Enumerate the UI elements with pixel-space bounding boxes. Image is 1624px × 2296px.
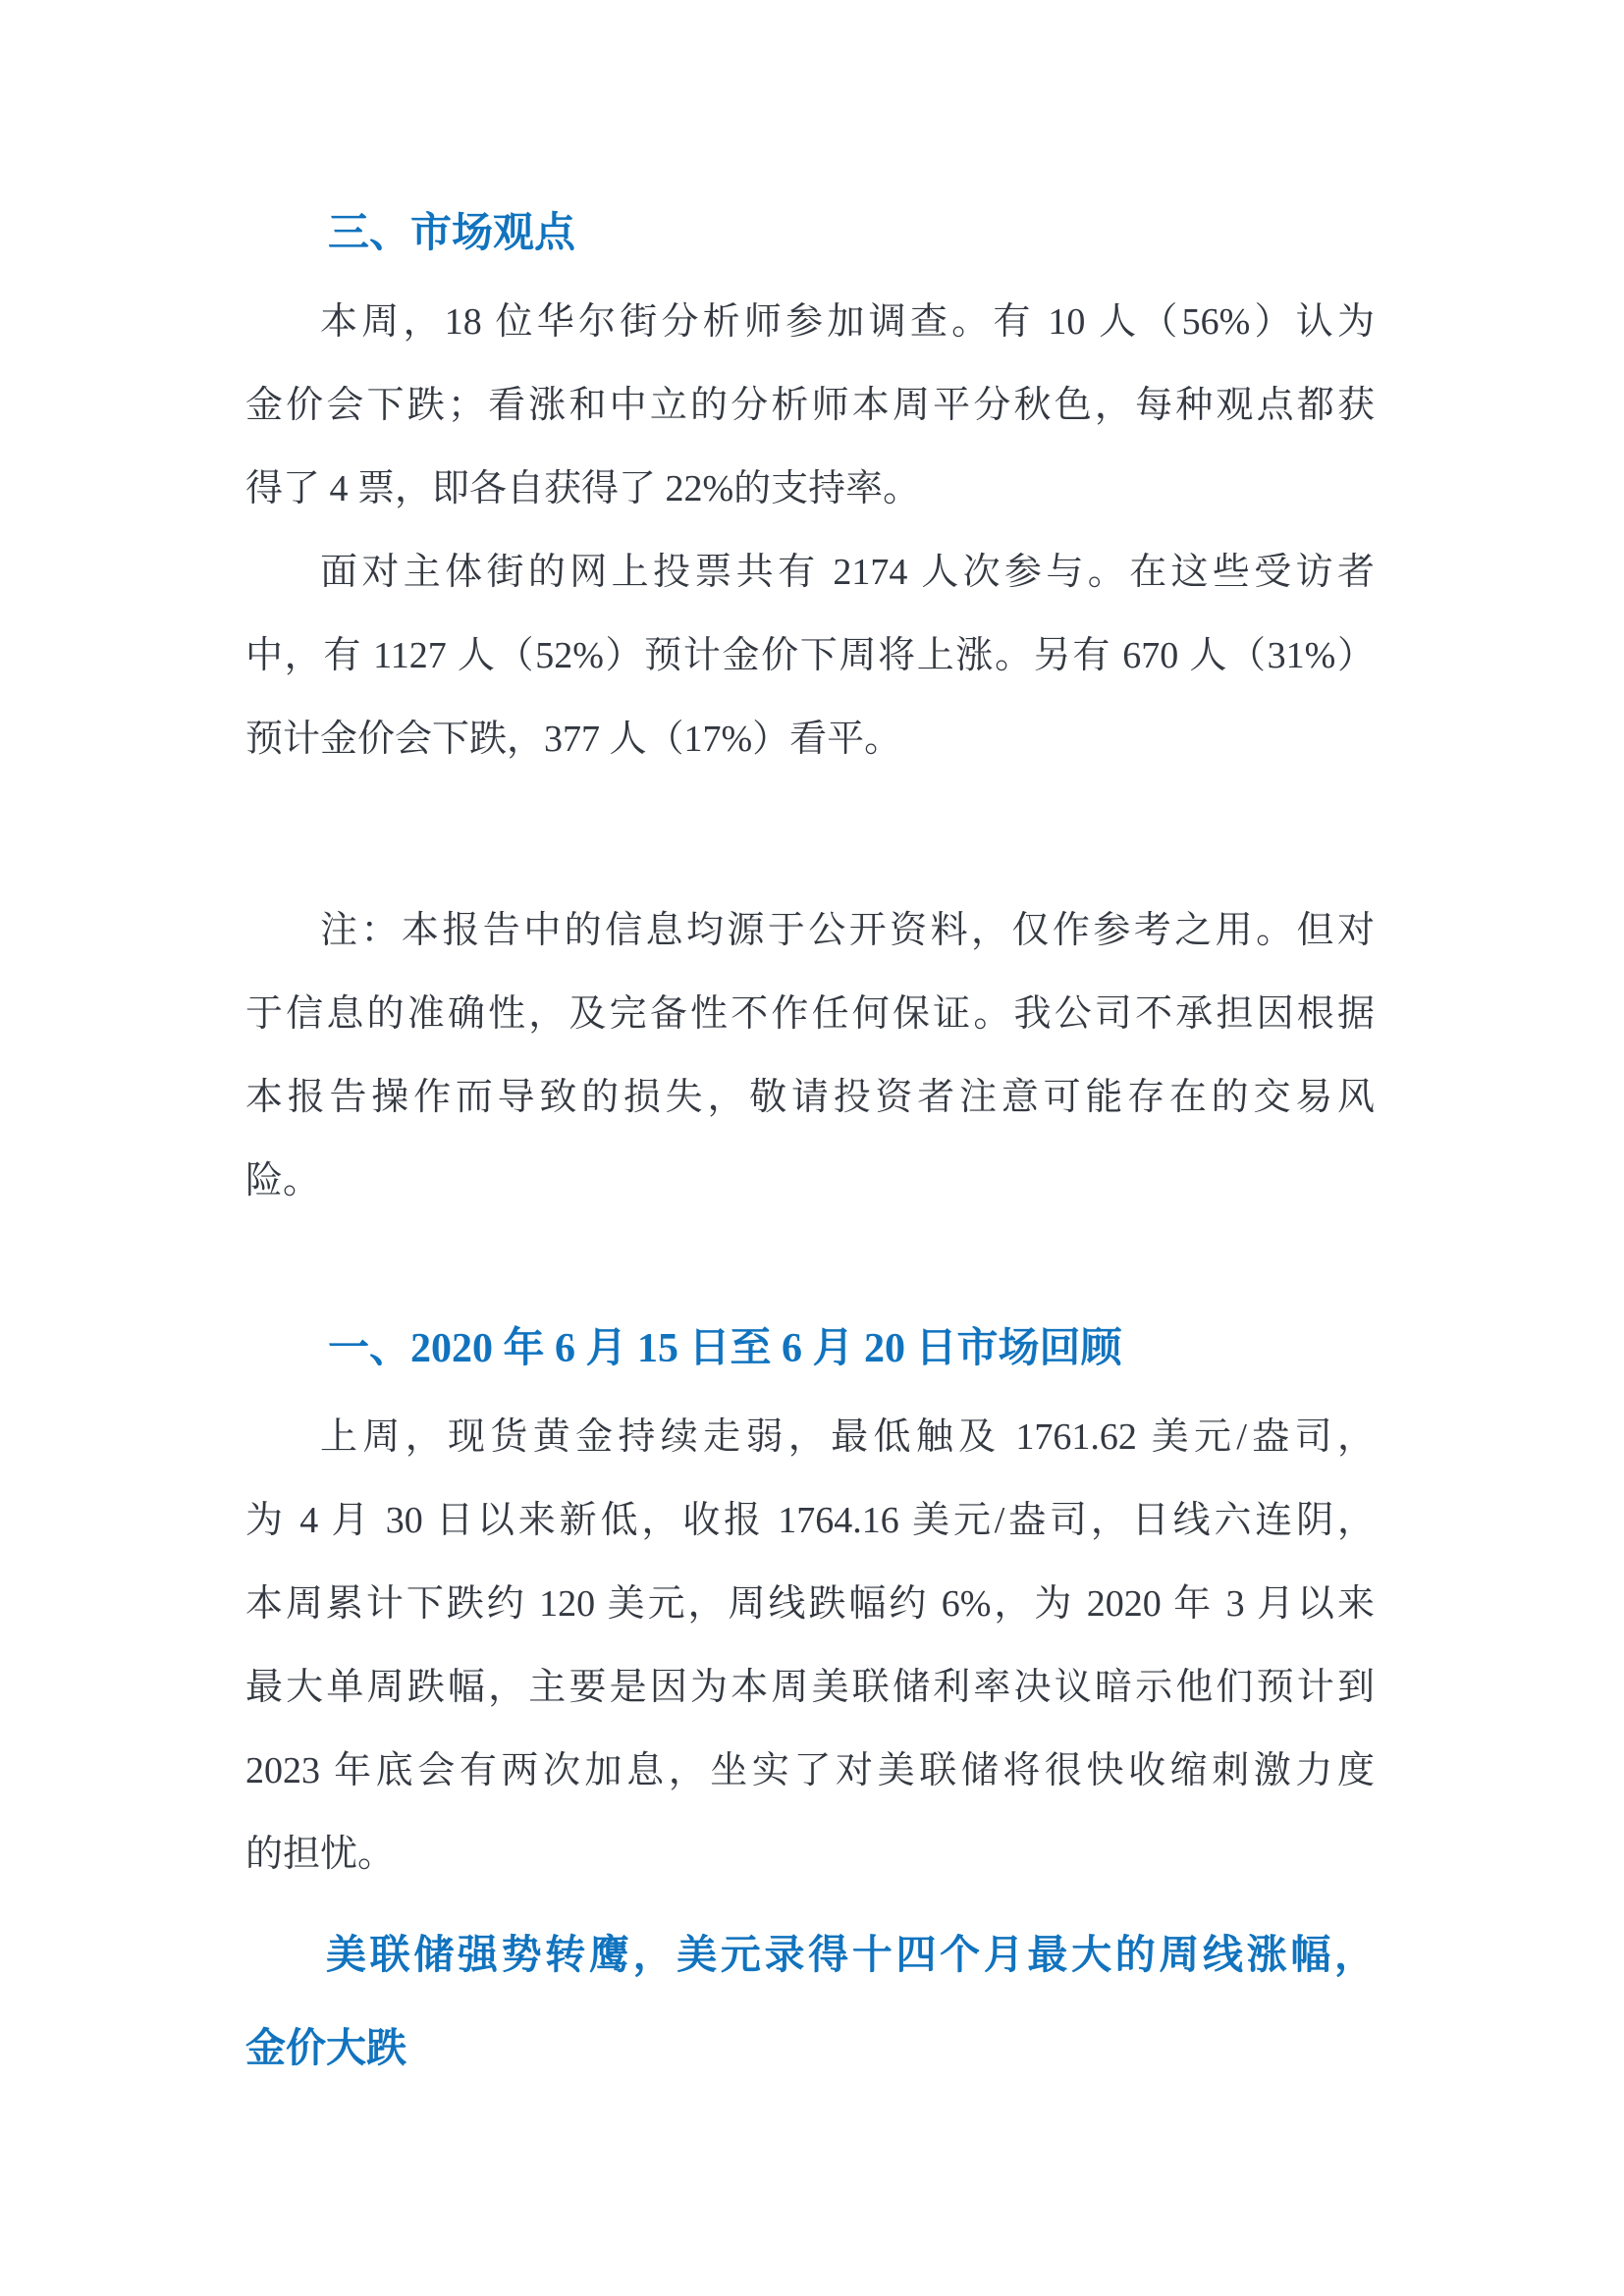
online-vote-line: 中，有 1127 人（52%）预计金价下周将上涨。另有 670 人（31%） [245, 614, 1375, 698]
disclaimer-line: 于信息的准确性，及完备性不作任何保证。我公司不承担因根据 [245, 973, 1375, 1056]
paragraph-disclaimer: 注：本报告中的信息均源于公开资料，仅作参考之用。但对 于信息的准确性，及完备性不… [245, 889, 1375, 1223]
analyst-survey-line: 得了 4 票，即各自获得了 22%的支持率。 [245, 448, 1375, 531]
blank-line [245, 1223, 1375, 1302]
gold-recap-line: 2023 年底会有两次加息，坐实了对美联储将很快收缩刺激力度 [245, 1730, 1375, 1813]
gold-recap-line: 上周，现货黄金持续走弱，最低触及 1761.62 美元/盎司， [245, 1396, 1375, 1479]
gold-recap-line: 的担忧。 [245, 1813, 1375, 1896]
fed-highlight-line: 金价大跌 [245, 2002, 1375, 2095]
section-heading-market-views: 三、市场观点 [245, 187, 1375, 281]
online-vote-line: 面对主体街的网上投票共有 2174 人次参与。在这些受访者 [245, 531, 1375, 614]
document-page: 三、市场观点 本周，18 位华尔街分析师参加调查。有 10 人（56%）认为 金… [0, 0, 1624, 2296]
blank-line [245, 781, 1375, 889]
gold-recap-line: 本周累计下跌约 120 美元，周线跌幅约 6%，为 2020 年 3 月以来 [245, 1563, 1375, 1646]
document-content: 三、市场观点 本周，18 位华尔街分析师参加调查。有 10 人（56%）认为 金… [245, 187, 1375, 2095]
disclaimer-line: 注：本报告中的信息均源于公开资料，仅作参考之用。但对 [245, 889, 1375, 973]
analyst-survey-line: 金价会下跌；看涨和中立的分析师本周平分秋色，每种观点都获 [245, 364, 1375, 448]
paragraph-analyst-survey: 本周，18 位华尔街分析师参加调查。有 10 人（56%）认为 金价会下跌；看涨… [245, 281, 1375, 531]
gold-recap-line: 最大单周跌幅，主要是因为本周美联储利率决议暗示他们预计到 [245, 1646, 1375, 1730]
disclaimer-line: 本报告操作而导致的损失，敬请投资者注意可能存在的交易风 [245, 1056, 1375, 1140]
gold-recap-line: 为 4 月 30 日以来新低，收报 1764.16 美元/盎司，日线六连阴， [245, 1479, 1375, 1563]
disclaimer-line: 险。 [245, 1140, 1375, 1223]
analyst-survey-line: 本周，18 位华尔街分析师参加调查。有 10 人（56%）认为 [245, 281, 1375, 364]
paragraph-online-vote: 面对主体街的网上投票共有 2174 人次参与。在这些受访者 中，有 1127 人… [245, 531, 1375, 781]
online-vote-line: 预计金价会下跌，377 人（17%）看平。 [245, 698, 1375, 781]
fed-highlight-line: 美联储强势转鹰，美元录得十四个月最大的周线涨幅， [245, 1908, 1375, 2002]
paragraph-fed-highlight: 美联储强势转鹰，美元录得十四个月最大的周线涨幅， 金价大跌 [245, 1908, 1375, 2095]
paragraph-gold-recap: 上周，现货黄金持续走弱，最低触及 1761.62 美元/盎司， 为 4 月 30… [245, 1396, 1375, 1896]
section-heading-market-review: 一、2020 年 6 月 15 日至 6 月 20 日市场回顾 [245, 1302, 1375, 1396]
